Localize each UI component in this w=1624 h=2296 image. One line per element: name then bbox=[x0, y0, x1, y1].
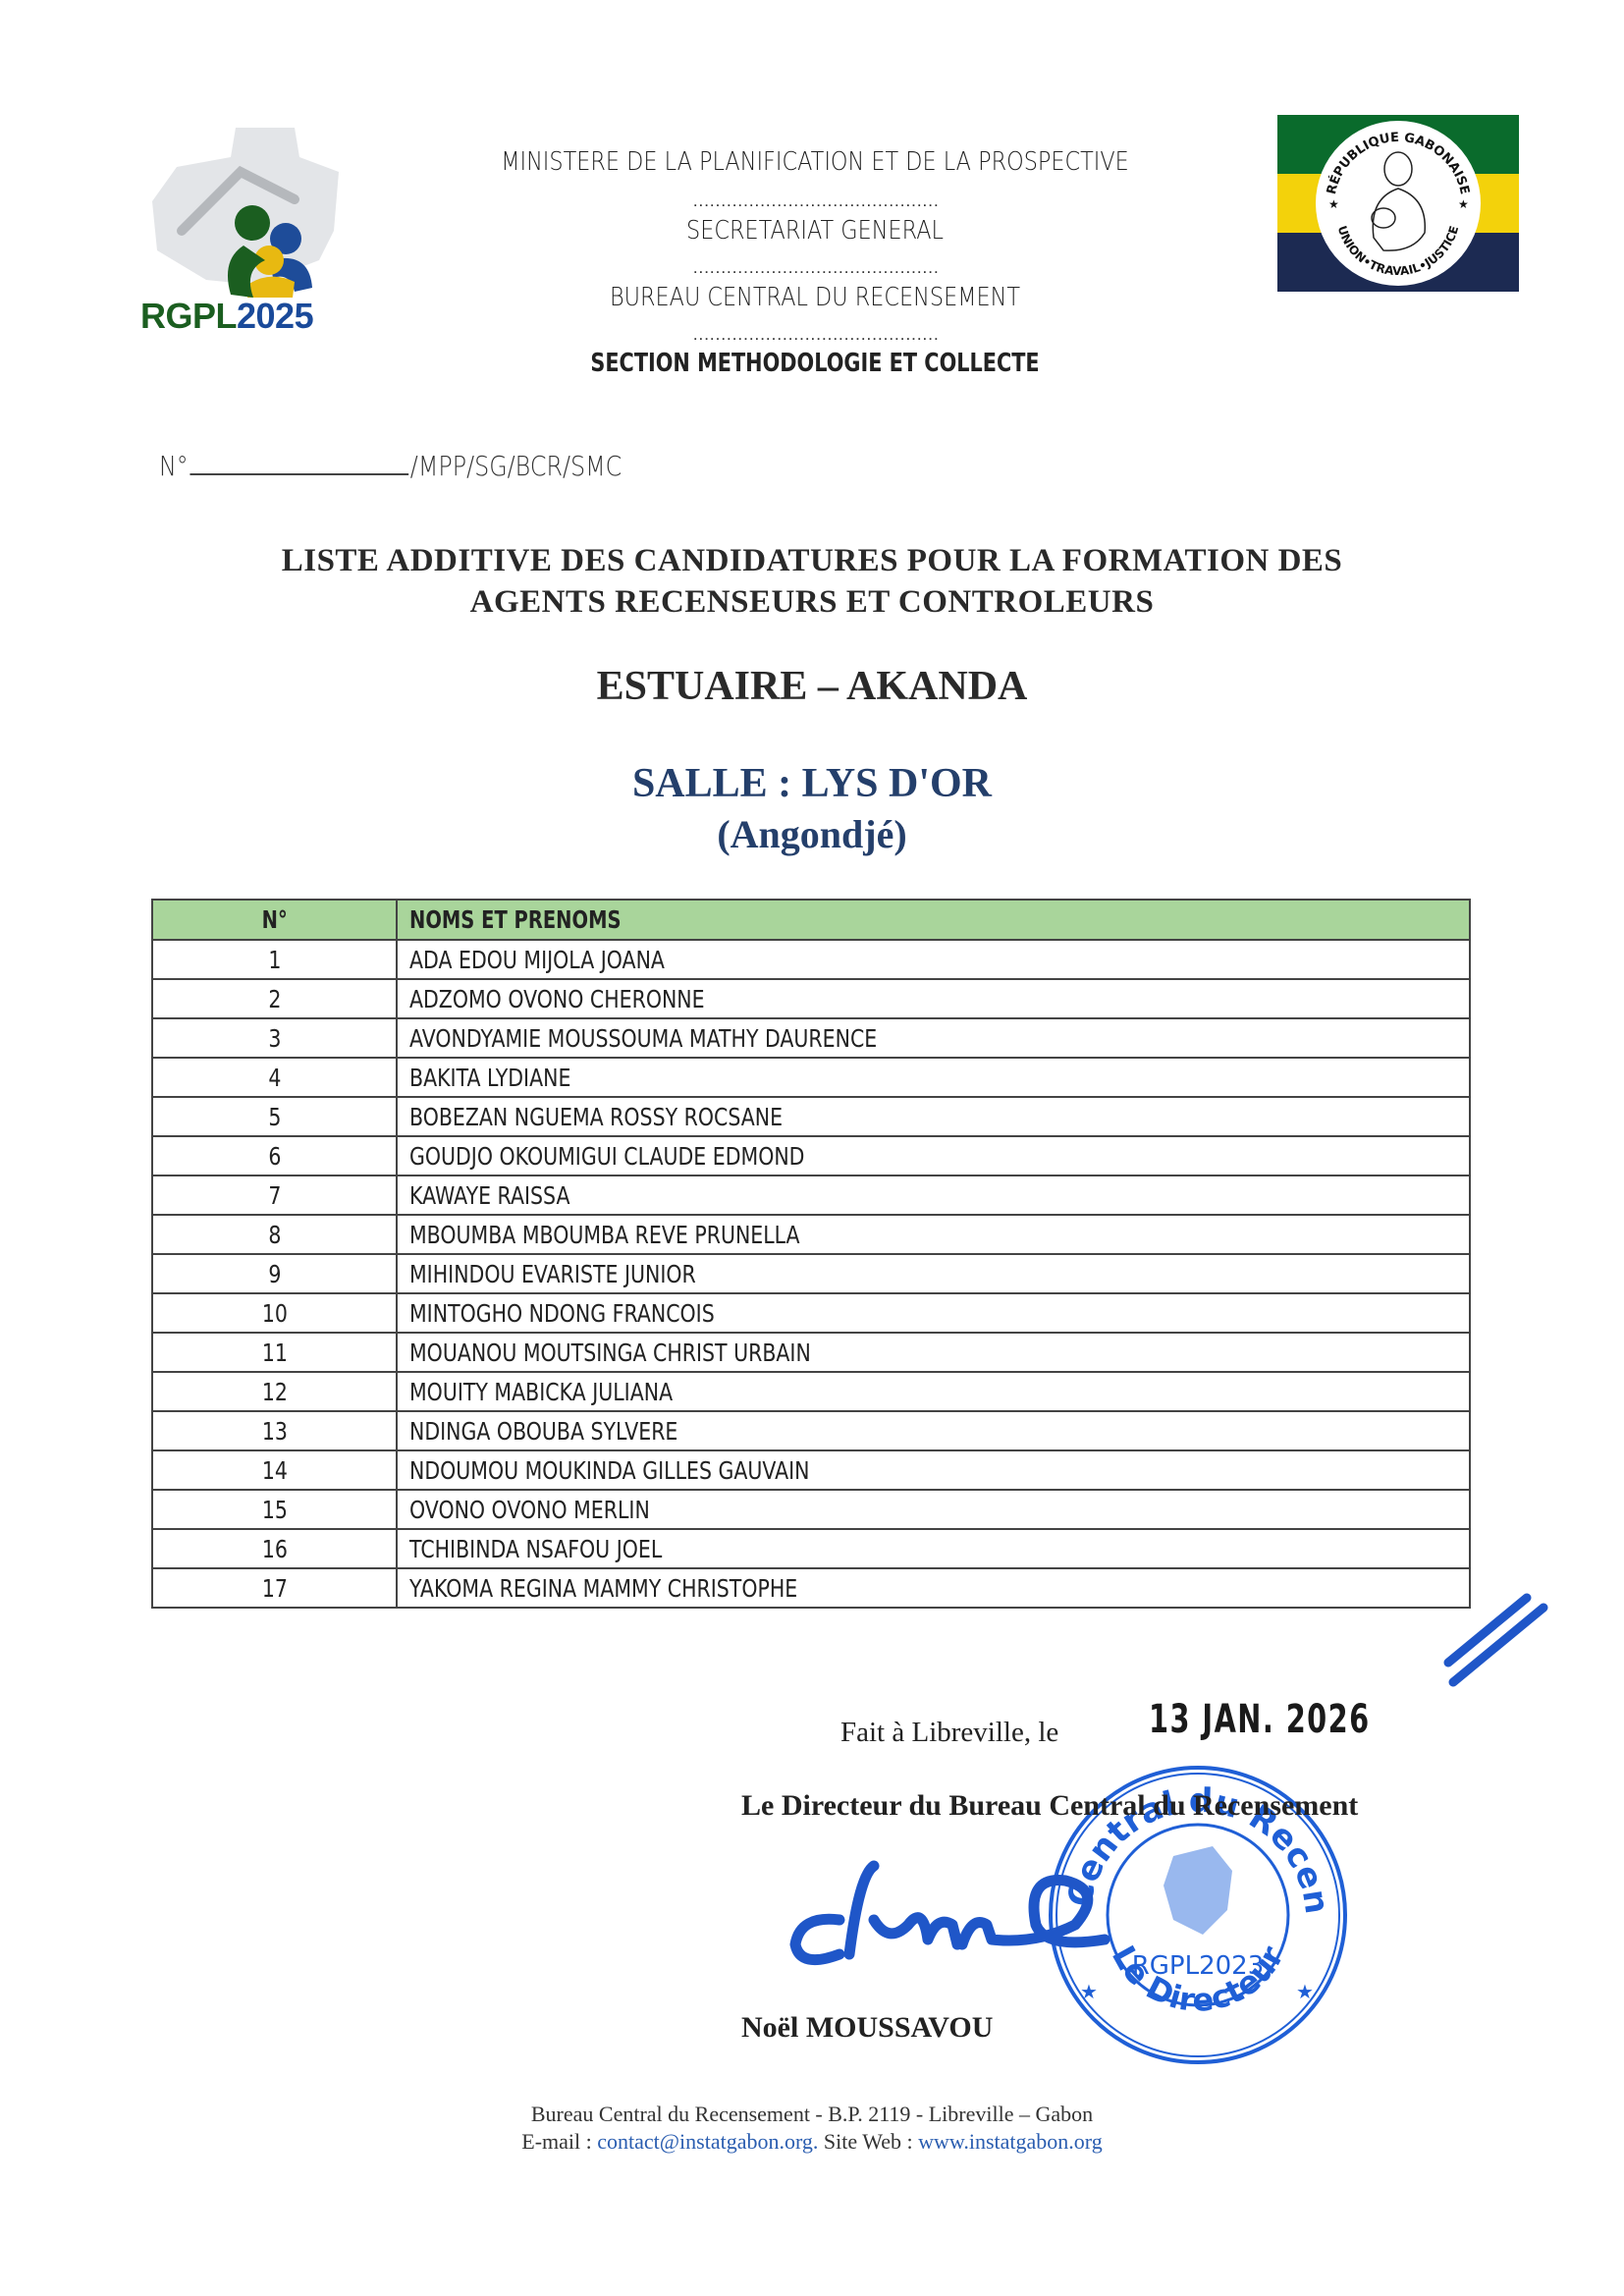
table-row: 13NDINGA OBOUBA SYLVERE bbox=[152, 1411, 1470, 1450]
table-row: 17YAKOMA REGINA MAMMY CHRISTOPHE bbox=[152, 1568, 1470, 1608]
table-row: 6GOUDJO OKOUMIGUI CLAUDE EDMOND bbox=[152, 1136, 1470, 1175]
room-location: (Angondjé) bbox=[0, 811, 1624, 857]
candidate-name: ADA EDOU MIJOLA JOANA bbox=[397, 940, 1470, 979]
email-link[interactable]: contact@instatgabon.org. bbox=[597, 2129, 818, 2154]
row-number: 1 bbox=[152, 940, 397, 979]
table-header-row: N° NOMS ET PRENOMS bbox=[152, 900, 1470, 940]
row-number: 11 bbox=[152, 1333, 397, 1372]
candidate-name: GOUDJO OKOUMIGUI CLAUDE EDMOND bbox=[397, 1136, 1470, 1175]
room-heading: SALLE : LYS D'OR bbox=[0, 760, 1624, 807]
candidate-name: MOUITY MABICKA JULIANA bbox=[397, 1372, 1470, 1411]
candidate-name: NDINGA OBOUBA SYLVERE bbox=[397, 1411, 1470, 1450]
reference-number: N°/MPP/SG/BCR/SMC bbox=[159, 450, 622, 482]
row-number: 8 bbox=[152, 1215, 397, 1254]
candidate-name: BOBEZAN NGUEMA ROSSY ROCSANE bbox=[397, 1097, 1470, 1136]
ministry-name: MINISTERE DE LA PLANIFICATION ET DE LA P… bbox=[477, 147, 1153, 177]
table-row: 11MOUANOU MOUTSINGA CHRIST URBAIN bbox=[152, 1333, 1470, 1372]
place-label: Fait à Libreville, le bbox=[840, 1717, 1058, 1749]
row-number: 15 bbox=[152, 1490, 397, 1529]
table-row: 5BOBEZAN NGUEMA ROSSY ROCSANE bbox=[152, 1097, 1470, 1136]
candidate-name: YAKOMA REGINA MAMMY CHRISTOPHE bbox=[397, 1568, 1470, 1608]
row-number: 12 bbox=[152, 1372, 397, 1411]
table-row: 1ADA EDOU MIJOLA JOANA bbox=[152, 940, 1470, 979]
republic-seal-icon: RÉPUBLIQUE GABONAISE UNION•TRAVAIL•JUSTI… bbox=[1315, 115, 1482, 292]
director-name: Noël MOUSSAVOU bbox=[741, 2011, 993, 2045]
row-number: 3 bbox=[152, 1018, 397, 1058]
table-row: 2ADZOMO OVONO CHERONNE bbox=[152, 979, 1470, 1018]
row-number: 13 bbox=[152, 1411, 397, 1450]
table-row: 14NDOUMOU MOUKINDA GILLES GAUVAIN bbox=[152, 1450, 1470, 1490]
row-number: 2 bbox=[152, 979, 397, 1018]
table-row: 4BAKITA LYDIANE bbox=[152, 1058, 1470, 1097]
candidates-table: N° NOMS ET PRENOMS 1ADA EDOU MIJOLA JOAN… bbox=[151, 899, 1471, 1609]
row-number: 10 bbox=[152, 1293, 397, 1333]
table-row: 3AVONDYAMIE MOUSSOUMA MATHY DAURENCE bbox=[152, 1018, 1470, 1058]
table-row: 12MOUITY MABICKA JULIANA bbox=[152, 1372, 1470, 1411]
census-family-icon bbox=[137, 113, 363, 300]
svg-text:★: ★ bbox=[1328, 197, 1339, 211]
region-heading: ESTUAIRE – AKANDA bbox=[0, 663, 1624, 710]
candidate-name: AVONDYAMIE MOUSSOUMA MATHY DAURENCE bbox=[397, 1018, 1470, 1058]
row-number: 9 bbox=[152, 1254, 397, 1293]
svg-text:★: ★ bbox=[1296, 1982, 1314, 2003]
handwritten-signature bbox=[781, 1846, 1193, 1984]
row-number: 5 bbox=[152, 1097, 397, 1136]
footer-address: Bureau Central du Recensement - B.P. 211… bbox=[0, 2102, 1624, 2127]
row-number: 14 bbox=[152, 1450, 397, 1490]
section-name: SECTION METHODOLOGIE ET COLLECTE bbox=[501, 349, 1129, 378]
ref-suffix: /MPP/SG/BCR/SMC bbox=[410, 450, 622, 482]
candidate-name: MIHINDOU EVARISTE JUNIOR bbox=[397, 1254, 1470, 1293]
table-row: 16TCHIBINDA NSAFOU JOEL bbox=[152, 1529, 1470, 1568]
row-number: 6 bbox=[152, 1136, 397, 1175]
website-link[interactable]: www.instatgabon.org bbox=[918, 2129, 1103, 2154]
rgpl-logo: RGPL2025 bbox=[137, 113, 363, 349]
column-header-number: N° bbox=[152, 900, 397, 940]
row-number: 4 bbox=[152, 1058, 397, 1097]
rgpl-logo-text: RGPL2025 bbox=[140, 296, 313, 337]
row-number: 16 bbox=[152, 1529, 397, 1568]
table-row: 10MINTOGHO NDONG FRANCOIS bbox=[152, 1293, 1470, 1333]
candidate-name: ADZOMO OVONO CHERONNE bbox=[397, 979, 1470, 1018]
separator-dots: ........................................… bbox=[422, 330, 1208, 344]
candidate-name: KAWAYE RAISSA bbox=[397, 1175, 1470, 1215]
ref-number-blank bbox=[189, 454, 408, 475]
candidate-name: MBOUMBA MBOUMBA REVE PRUNELLA bbox=[397, 1215, 1470, 1254]
secretariat-name: SECRETARIAT GENERAL bbox=[477, 216, 1153, 246]
separator-dots: ........................................… bbox=[422, 263, 1208, 277]
ref-prefix: N° bbox=[159, 450, 189, 482]
row-number: 7 bbox=[152, 1175, 397, 1215]
closing-slash-marks bbox=[1434, 1586, 1561, 1694]
candidate-name: MINTOGHO NDONG FRANCOIS bbox=[397, 1293, 1470, 1333]
director-title: Le Directeur du Bureau Central du Recens… bbox=[741, 1789, 1358, 1823]
bureau-name: BUREAU CENTRAL DU RECENSEMENT bbox=[477, 283, 1153, 312]
candidate-name: NDOUMOU MOUKINDA GILLES GAUVAIN bbox=[397, 1450, 1470, 1490]
date-stamp: 13 JAN. 2026 bbox=[1149, 1697, 1371, 1742]
table-row: 15OVONO OVONO MERLIN bbox=[152, 1490, 1470, 1529]
table-row: 8MBOUMBA MBOUMBA REVE PRUNELLA bbox=[152, 1215, 1470, 1254]
svg-text:★: ★ bbox=[1080, 1982, 1098, 2003]
svg-text:★: ★ bbox=[1458, 197, 1469, 211]
table-row: 7KAWAYE RAISSA bbox=[152, 1175, 1470, 1215]
table-row: 9MIHINDOU EVARISTE JUNIOR bbox=[152, 1254, 1470, 1293]
column-header-names: NOMS ET PRENOMS bbox=[397, 900, 1470, 940]
separator-dots: ........................................… bbox=[422, 196, 1208, 210]
row-number: 17 bbox=[152, 1568, 397, 1608]
candidate-name: TCHIBINDA NSAFOU JOEL bbox=[397, 1529, 1470, 1568]
candidate-name: OVONO OVONO MERLIN bbox=[397, 1490, 1470, 1529]
footer-contact: E-mail : contact@instatgabon.org. Site W… bbox=[0, 2129, 1624, 2155]
candidate-name: BAKITA LYDIANE bbox=[397, 1058, 1470, 1097]
gabon-emblem: RÉPUBLIQUE GABONAISE UNION•TRAVAIL•JUSTI… bbox=[1277, 115, 1519, 292]
document-title: LISTE ADDITIVE DES CANDIDATURES POUR LA … bbox=[0, 540, 1624, 623]
candidate-name: MOUANOU MOUTSINGA CHRIST URBAIN bbox=[397, 1333, 1470, 1372]
